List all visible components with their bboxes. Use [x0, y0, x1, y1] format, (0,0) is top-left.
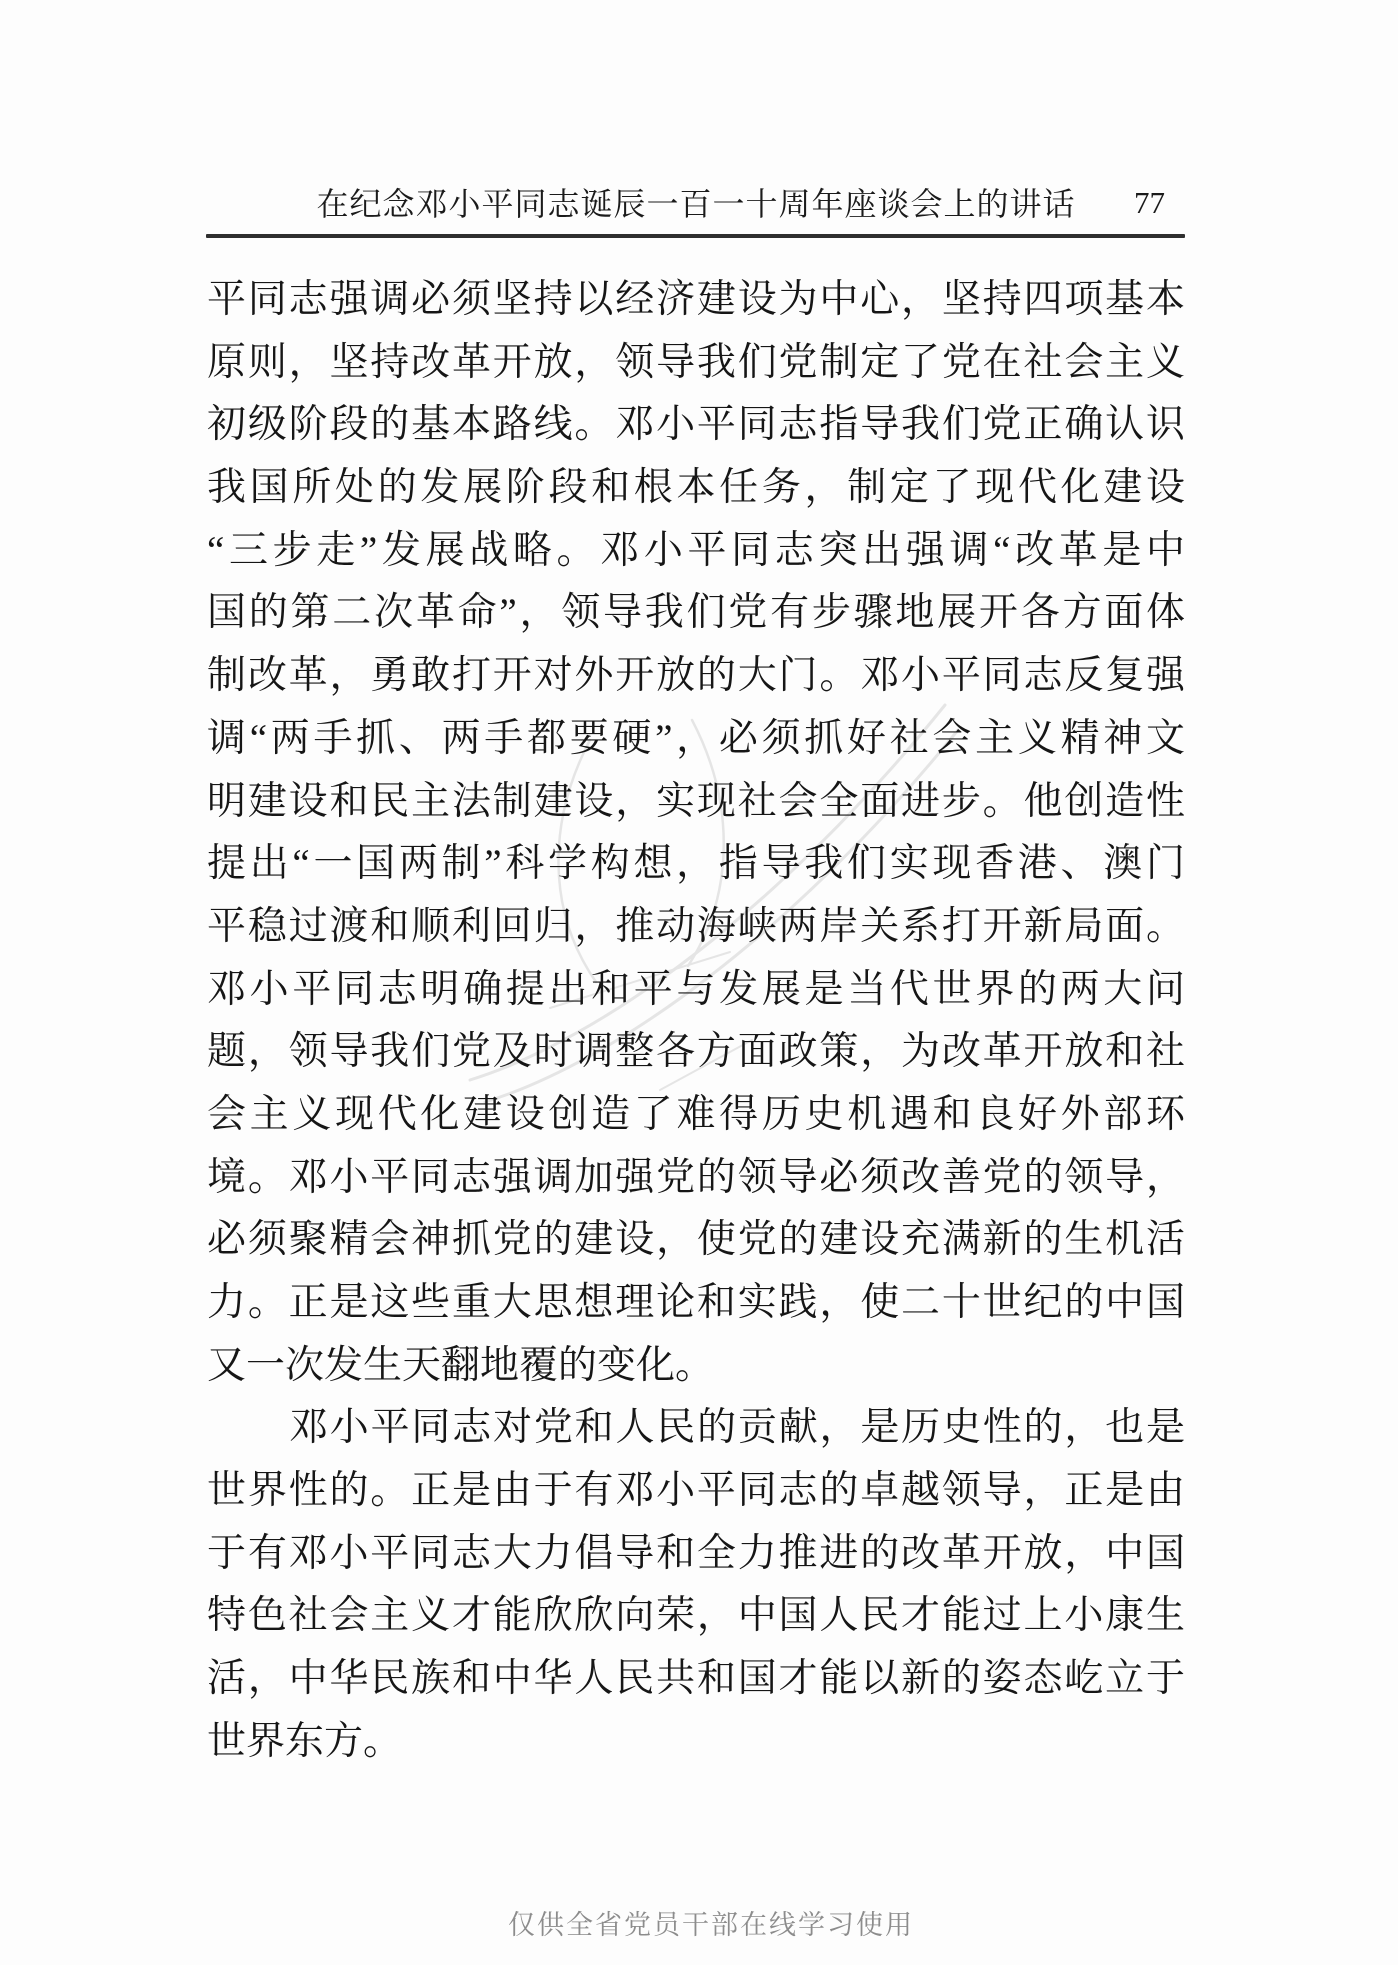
- text-line: 特色社会主义才能欣欣向荣，中国人民才能过上小康生: [207, 1585, 1185, 1648]
- text-line: 于有邓小平同志大力倡导和全力推进的改革开放，中国: [207, 1523, 1185, 1586]
- text-line: 初级阶段的基本路线。邓小平同志指导我们党正确认识: [207, 394, 1185, 457]
- text-line: 世界东方。: [207, 1711, 1185, 1774]
- text-line: 明建设和民主法制建设，实现社会全面进步。他创造性: [207, 771, 1185, 834]
- text-line: 邓小平同志明确提出和平与发展是当代世界的两大问: [207, 959, 1185, 1022]
- body-text: 平同志强调必须坚持以经济建设为中心，坚持四项基本原则，坚持改革开放，领导我们党制…: [207, 269, 1185, 1774]
- text-line: 国的第二次革命”，领导我们党有步骤地展开各方面体: [207, 582, 1185, 645]
- footer-notice: 仅供全省党员干部在线学习使用: [207, 1903, 1215, 1942]
- text-line: 我国所处的发展阶段和根本任务，制定了现代化建设: [207, 457, 1185, 520]
- document-page: 在纪念邓小平同志诞辰一百一十周年座谈会上的讲话 77 平同志强调必须坚持以经济建…: [0, 0, 1398, 1965]
- header-rule: [206, 234, 1185, 238]
- text-line: 平同志强调必须坚持以经济建设为中心，坚持四项基本: [207, 269, 1185, 332]
- text-line: 调“两手抓、两手都要硬”，必须抓好社会主义精神文: [207, 708, 1185, 771]
- text-line: 境。邓小平同志强调加强党的领导必须改善党的领导，: [207, 1147, 1185, 1210]
- text-line: 原则，坚持改革开放，领导我们党制定了党在社会主义: [207, 332, 1185, 395]
- text-line: “三步走”发展战略。邓小平同志突出强调“改革是中: [207, 520, 1185, 583]
- text-line: 活，中华民族和中华人民共和国才能以新的姿态屹立于: [207, 1648, 1185, 1711]
- text-line: 题，领导我们党及时调整各方面政策，为改革开放和社: [207, 1021, 1185, 1084]
- text-line: 提出“一国两制”科学构想，指导我们实现香港、澳门: [207, 833, 1185, 896]
- text-line: 制改革，勇敢打开对外开放的大门。邓小平同志反复强: [207, 645, 1185, 708]
- running-head-title: 在纪念邓小平同志诞辰一百一十周年座谈会上的讲话: [316, 183, 1075, 225]
- text-line: 必须聚精会神抓党的建设，使党的建设充满新的生机活: [207, 1209, 1185, 1272]
- running-head: 在纪念邓小平同志诞辰一百一十周年座谈会上的讲话 77: [207, 183, 1185, 229]
- text-line: 又一次发生天翻地覆的变化。: [207, 1335, 1185, 1398]
- text-line: 会主义现代化建设创造了难得历史机遇和良好外部环: [207, 1084, 1185, 1147]
- text-line: 力。正是这些重大思想理论和实践，使二十世纪的中国: [207, 1272, 1185, 1335]
- text-line: 邓小平同志对党和人民的贡献，是历史性的，也是: [207, 1397, 1185, 1460]
- text-line: 世界性的。正是由于有邓小平同志的卓越领导，正是由: [207, 1460, 1185, 1523]
- text-line: 平稳过渡和顺利回归，推动海峡两岸关系打开新局面。: [207, 896, 1185, 959]
- page-number: 77: [1134, 185, 1165, 221]
